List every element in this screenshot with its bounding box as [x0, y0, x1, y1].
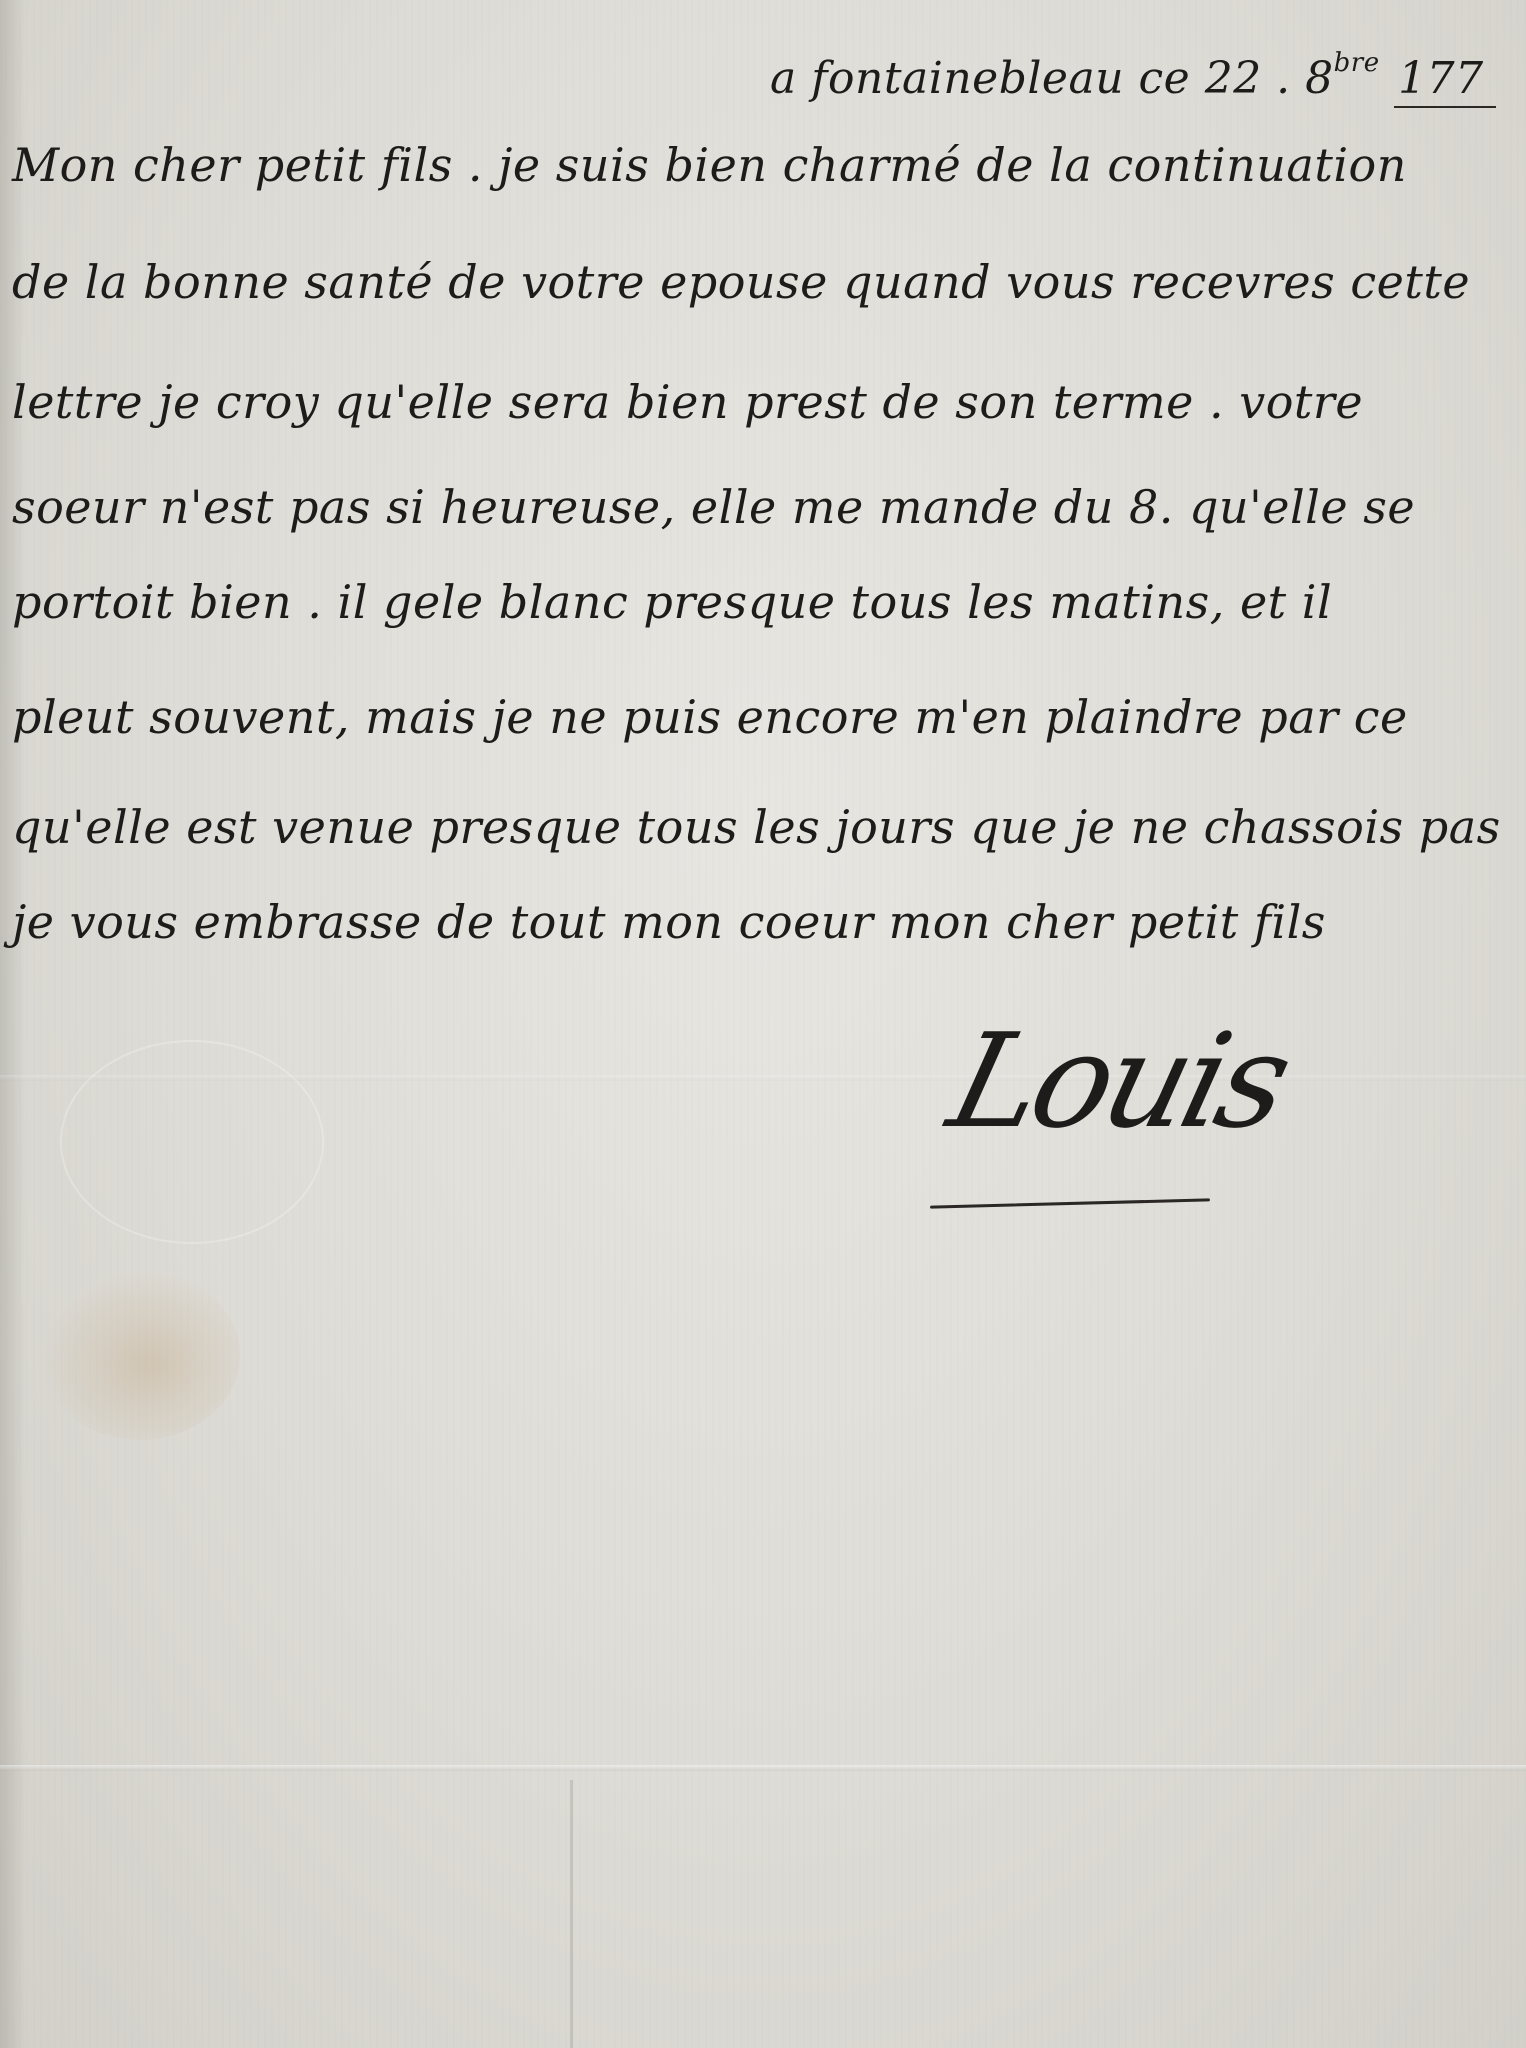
- paper-watermark: [60, 1040, 324, 1244]
- letter-page: a fontainebleau ce 22 . 8bre 177 Mon che…: [0, 0, 1526, 2048]
- letter-line: de la bonne santé de votre epouse quand …: [12, 255, 1522, 309]
- signature: Louis: [936, 1005, 1301, 1157]
- letter-line: lettre je croy qu'elle sera bien prest d…: [12, 375, 1522, 429]
- letter-line: Mon cher petit fils . je suis bien charm…: [12, 138, 1522, 192]
- dateline-month-superscript: bre: [1334, 48, 1380, 78]
- letter-line: soeur n'est pas si heureuse, elle me man…: [12, 480, 1522, 534]
- dateline: a fontainebleau ce 22 . 8bre 177: [770, 48, 1496, 104]
- letter-line: je vous embrasse de tout mon coeur mon c…: [12, 895, 1522, 949]
- letter-line: portoit bien . il gele blanc presque tou…: [12, 575, 1522, 629]
- paper-fold-upper: [0, 1075, 1526, 1081]
- signature-underline: [930, 1198, 1210, 1208]
- letter-line: qu'elle est venue presque tous les jours…: [12, 800, 1522, 854]
- dateline-year: 177: [1394, 53, 1495, 108]
- paper-stain: [40, 1270, 240, 1440]
- dateline-place: a fontainebleau ce 22 . 8: [770, 53, 1334, 104]
- paper-fold-lower: [0, 1765, 1526, 1771]
- paper-fold-vertical: [570, 1780, 573, 2048]
- letter-line: pleut souvent, mais je ne puis encore m'…: [12, 690, 1522, 744]
